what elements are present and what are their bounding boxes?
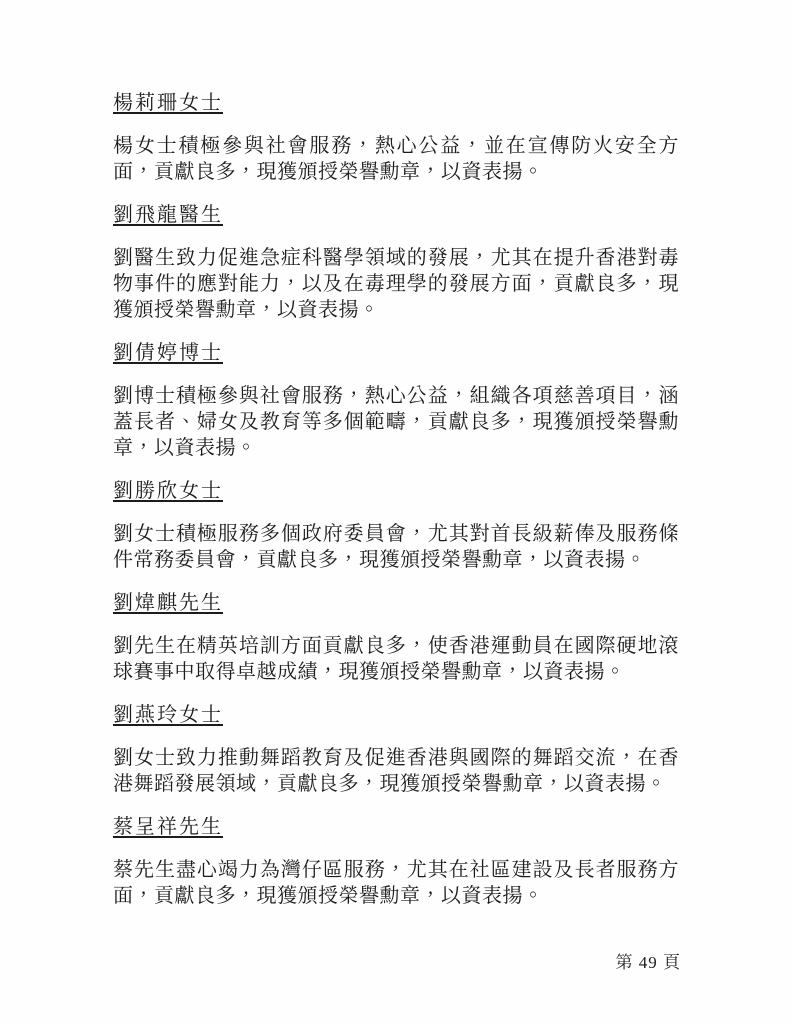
honoree-citation: 蔡先生盡心竭力為灣仔區服務，尤其在社區建設及長者服務方面，貢獻良多，現獲頒授榮譽… — [113, 857, 679, 909]
document-page: 楊莉珊女士 楊女士積極參與社會服務，熱心公益，並在宣傳防火安全方面，貢獻良多，現… — [0, 0, 791, 1024]
honoree-entry: 劉倩婷博士 劉博士積極參與社會服務，熱心公益，組織各項慈善項目，涵蓋長者、婦女及… — [113, 340, 679, 461]
honoree-name-heading: 劉勝欣女士 — [113, 478, 679, 504]
page-number: 第 49 頁 — [616, 952, 682, 974]
honoree-citation: 楊女士積極參與社會服務，熱心公益，並在宣傳防火安全方面，貢獻良多，現獲頒授榮譽勳… — [113, 133, 679, 185]
honoree-name-heading: 劉燕玲女士 — [113, 702, 679, 728]
honoree-entry: 劉煒麒先生 劉先生在精英培訓方面貢獻良多，使香港運動員在國際硬地滾球賽事中取得卓… — [113, 590, 679, 685]
honours-list: 楊莉珊女士 楊女士積極參與社會服務，熱心公益，並在宣傳防火安全方面，貢獻良多，現… — [113, 90, 679, 926]
honoree-entry: 蔡呈祥先生 蔡先生盡心竭力為灣仔區服務，尤其在社區建設及長者服務方面，貢獻良多，… — [113, 814, 679, 909]
honoree-citation: 劉先生在精英培訓方面貢獻良多，使香港運動員在國際硬地滾球賽事中取得卓越成績，現獲… — [113, 633, 679, 685]
honoree-entry: 劉勝欣女士 劉女士積極服務多個政府委員會，尤其對首長級薪俸及服務條件常務委員會，… — [113, 478, 679, 573]
honoree-citation: 劉博士積極參與社會服務，熱心公益，組織各項慈善項目，涵蓋長者、婦女及教育等多個範… — [113, 383, 679, 461]
honoree-entry: 劉燕玲女士 劉女士致力推動舞蹈教育及促進香港與國際的舞蹈交流，在香港舞蹈發展領域… — [113, 702, 679, 797]
honoree-name-heading: 劉飛龍醫生 — [113, 202, 679, 228]
honoree-name-heading: 劉煒麒先生 — [113, 590, 679, 616]
honoree-entry: 劉飛龍醫生 劉醫生致力促進急症科醫學領域的發展，尤其在提升香港對毒物事件的應對能… — [113, 202, 679, 323]
honoree-name-heading: 蔡呈祥先生 — [113, 814, 679, 840]
honoree-citation: 劉女士致力推動舞蹈教育及促進香港與國際的舞蹈交流，在香港舞蹈發展領域，貢獻良多，… — [113, 745, 679, 797]
honoree-citation: 劉女士積極服務多個政府委員會，尤其對首長級薪俸及服務條件常務委員會，貢獻良多，現… — [113, 521, 679, 573]
honoree-citation: 劉醫生致力促進急症科醫學領域的發展，尤其在提升香港對毒物事件的應對能力，以及在毒… — [113, 245, 679, 323]
honoree-name-heading: 楊莉珊女士 — [113, 90, 679, 116]
honoree-entry: 楊莉珊女士 楊女士積極參與社會服務，熱心公益，並在宣傳防火安全方面，貢獻良多，現… — [113, 90, 679, 185]
honoree-name-heading: 劉倩婷博士 — [113, 340, 679, 366]
